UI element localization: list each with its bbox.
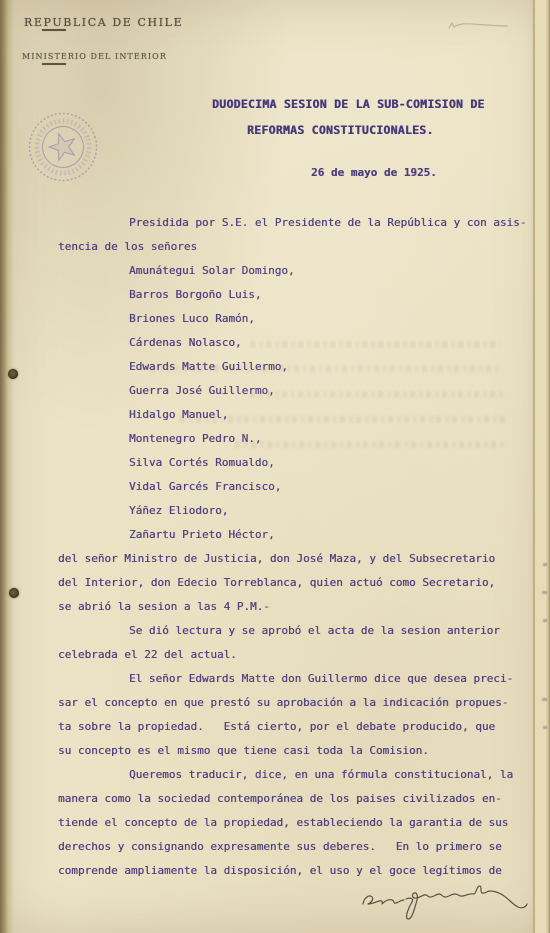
letterhead-ministry: MINISTERIO DEL INTERIOR <box>22 52 182 61</box>
typed-line: Barros Borgoño Luis, <box>58 283 528 307</box>
document-body: Presidida por S.E. el Presidente de la R… <box>58 211 528 883</box>
bleed-through-mark <box>250 341 500 348</box>
typed-line: Se dió lectura y se aprobó el acta de la… <box>58 619 528 643</box>
letterhead-country: REPUBLICA DE CHILE <box>24 16 183 29</box>
typed-line: El señor Edwards Matte don Guillermo dic… <box>58 667 528 691</box>
bleed-through-mark <box>235 441 505 448</box>
typed-line: tiende el concepto de la propiedad, esta… <box>58 811 528 835</box>
title-line-1: DUODECIMA SESION DE LA SUB-COMISION DE <box>212 97 485 111</box>
hole-punch <box>8 369 18 379</box>
typed-line: Briones Luco Ramón, <box>58 307 528 331</box>
adjacent-page-edge <box>533 0 550 933</box>
typed-line: Silva Cortés Romualdo, <box>58 451 528 475</box>
typed-line: Yáñez Eliodoro, <box>58 499 528 523</box>
handwritten-signature <box>355 874 545 924</box>
scanned-document-page: REPUBLICA DE CHILE MINISTERIO DEL INTERI… <box>0 0 550 933</box>
circular-star-seal-stamp-icon <box>15 99 111 195</box>
title-line-2: REFORMAS CONSTITUCIONALES. <box>247 123 434 137</box>
typed-line: se abrió la sesion a las 4 P.M.- <box>58 595 528 619</box>
typed-line: del señor Ministro de Justicia, don José… <box>58 547 528 571</box>
pencil-mark <box>445 16 515 34</box>
typed-line: ta sobre la propiedad. Está cierto, por … <box>58 715 528 739</box>
typed-line: tencia de los señores <box>58 235 528 259</box>
letterhead: REPUBLICA DE CHILE MINISTERIO DEL INTERI… <box>24 16 183 29</box>
typed-line: Queremos traducir, dice, en una fórmula … <box>58 763 528 787</box>
document-date: 26 de mayo de 1925. <box>311 166 437 179</box>
typed-line: Hidalgo Manuel, <box>58 403 528 427</box>
typed-line: Zañartu Prieto Héctor, <box>58 523 528 547</box>
letterhead-rule <box>42 63 66 65</box>
typed-line: Amunátegui Solar Domingo, <box>58 259 528 283</box>
bleed-through-mark <box>300 700 480 707</box>
bleed-through-mark <box>150 365 500 372</box>
hole-punch <box>9 588 19 598</box>
typed-line: manera como la sociedad contemporánea de… <box>58 787 528 811</box>
typed-line: Vidal Garcés Francisco, <box>58 475 528 499</box>
typed-line: derechos y consignando expresamente sus … <box>58 835 528 859</box>
typed-line: celebrada el 22 del actual. <box>58 643 528 667</box>
typed-line: Presidida por S.E. el Presidente de la R… <box>58 211 528 235</box>
letterhead-rule <box>42 29 66 31</box>
bleed-through-mark <box>180 416 505 423</box>
typed-line: del Interior, don Edecio Torreblanca, qu… <box>58 571 528 595</box>
bleed-through-mark <box>250 391 505 398</box>
typed-line: su concepto es el mismo que tiene casi t… <box>58 739 528 763</box>
